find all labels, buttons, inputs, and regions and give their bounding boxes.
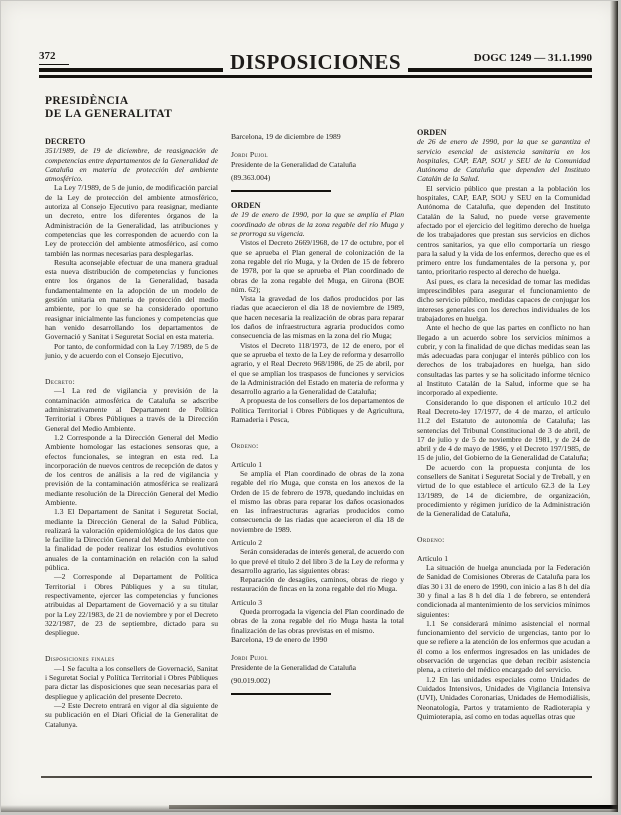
dateline: Barcelona, 19 de diciembre de 1989 — [231, 132, 404, 141]
article-heading: Artículo 1 — [417, 554, 590, 563]
paragraph: Considerando lo que disponen el artículo… — [417, 398, 590, 463]
section-divider — [231, 190, 331, 192]
ordeno-heading: Ordeno: — [231, 441, 404, 450]
article-heading: Artículo 1 — [231, 460, 404, 469]
column-orden-muga: Barcelona, 19 de diciembre de 1989 Jordi… — [231, 132, 404, 729]
masthead-left-rule — [39, 68, 223, 72]
decree-label: DECRETO — [45, 137, 85, 146]
ordeno-heading: Ordeno: — [417, 535, 590, 544]
paragraph: Queda prorrogada la vigencia del Plan co… — [231, 607, 404, 635]
gazette-scanned-page: 372 DISPOSICIONES DOGC 1249 — 31.1.1990 … — [1, 1, 618, 812]
decree-summary: 351/1989, de 19 de diciembre, de reasign… — [45, 146, 218, 183]
scan-bottom-shadow — [1, 805, 618, 812]
paragraph: Ante el hecho de que las partes en confl… — [417, 323, 590, 397]
paragraph: Así pues, es clara la necesidad de tomar… — [417, 277, 590, 323]
masthead-right-rule — [408, 68, 592, 72]
masthead-row: 372 DISPOSICIONES DOGC 1249 — 31.1.1990 — [39, 51, 592, 72]
paragraph: Resulta aconsejable efectuar de una mane… — [45, 258, 218, 342]
paragraph: —2 Este Decreto entrará en vigor al día … — [45, 701, 218, 729]
column-orden-sanidad: ORDEN de 26 de enero de 1990, por la que… — [417, 128, 590, 729]
issue-reference: DOGC 1249 — 31.1.1990 — [408, 53, 592, 64]
document-reference: (89.363.004) — [231, 173, 404, 182]
paragraph: Vista la gravedad de los daños producido… — [231, 294, 404, 340]
article-heading: Artículo 3 — [231, 598, 404, 607]
order-label: ORDEN — [417, 128, 447, 137]
paragraph: —2 Corresponde al Departament de Polític… — [45, 572, 218, 637]
document-reference: (90.019.002) — [231, 676, 404, 685]
paragraph: A propuesta de los consellers de los dep… — [231, 396, 404, 424]
paragraph: Vistos el Decreto 2669/1968, de 17 de oc… — [231, 238, 404, 294]
paragraph: Serán consideradas de interés general, d… — [231, 547, 404, 575]
paragraph: Reparación de desagües, caminos, obras d… — [231, 575, 404, 594]
paragraph: 1.3 El Departament de Sanitat i Segureta… — [45, 507, 218, 572]
paragraph: El servicio público que prestan a la pob… — [417, 184, 590, 277]
page-number: 372 — [39, 51, 69, 65]
paragraph: 1.1 Se considerará mínimo asistencial el… — [417, 619, 590, 675]
order-heading: ORDEN — [231, 201, 404, 210]
order-summary: de 19 de enero de 1990, por la que se am… — [231, 210, 404, 238]
paragraph: Por tanto, de conformidad con la Ley 7/1… — [45, 342, 218, 361]
signature-name: Jordi Pujol — [231, 653, 404, 662]
issuing-body-line2: DE LA GENERALITAT — [45, 108, 218, 121]
paragraph: De acuerdo con la propuesta conjunta de … — [417, 463, 590, 519]
paragraph: —1 Se faculta a los consellers de Govern… — [45, 664, 218, 701]
paragraph: La situación de huelga anunciada por la … — [417, 563, 590, 619]
column-decreto: PRESIDÈNCIA DE LA GENERALITAT DECRETO 35… — [45, 95, 218, 729]
section-title: DISPOSICIONES — [230, 53, 401, 72]
masthead-left: 372 — [39, 51, 223, 72]
section-divider — [231, 693, 331, 695]
decreto-subheading: Decreto: — [45, 377, 218, 386]
final-provisions-heading: Disposiciones finales — [45, 654, 218, 663]
paragraph: Se amplía el Plan coordinado de obras de… — [231, 469, 404, 534]
masthead-bottom-rule — [39, 75, 592, 78]
order-heading: ORDEN — [417, 128, 590, 137]
signature-title: Presidente de la Generalidad de Cataluña — [231, 160, 404, 169]
paragraph: 1.2 En las unidades especiales como Unid… — [417, 675, 590, 721]
signature-title: Presidente de la Generalidad de Cataluña — [231, 663, 404, 672]
order-label: ORDEN — [231, 201, 261, 210]
paragraph: La Ley 7/1989, de 5 de junio, de modific… — [45, 183, 218, 257]
scan-right-shadow — [610, 1, 618, 812]
decree-heading: DECRETO — [45, 137, 218, 146]
text-columns: PRESIDÈNCIA DE LA GENERALITAT DECRETO 35… — [45, 95, 590, 729]
paragraph: —1 La red de vigilancia y previsión de l… — [45, 386, 218, 432]
paragraph: Vistos el Decreto 118/1973, de 12 de ene… — [231, 341, 404, 397]
signature-name: Jordi Pujol — [231, 150, 404, 159]
issuing-body-line1: PRESIDÈNCIA — [45, 95, 218, 108]
footer-rule — [41, 776, 592, 778]
order-summary: de 26 de enero de 1990, por la que se ga… — [417, 137, 590, 183]
dateline: Barcelona, 19 de enero de 1990 — [231, 635, 404, 644]
paragraph: 1.2 Corresponde a la Dirección General d… — [45, 433, 218, 507]
masthead-right: DOGC 1249 — 31.1.1990 — [408, 53, 592, 72]
masthead: 372 DISPOSICIONES DOGC 1249 — 31.1.1990 — [39, 51, 592, 78]
article-heading: Artículo 2 — [231, 538, 404, 547]
